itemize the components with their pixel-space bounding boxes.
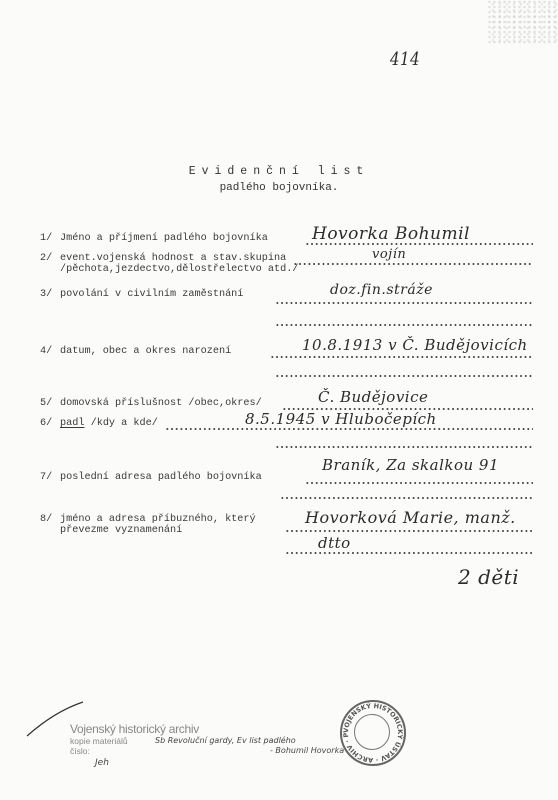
field-3-dotted-line xyxy=(275,302,533,304)
archive-name: Vojenský historický archiv xyxy=(70,722,199,736)
field-5-label: 5/domovská příslušnost /obec,okres/ xyxy=(40,398,262,409)
field-2-label: 2/event.vojenská hodnost a stav.skupina … xyxy=(40,253,298,275)
field-4-dotted-line xyxy=(270,356,533,358)
field-8-label: 8/jméno a adresa příbuzného, který převe… xyxy=(40,514,256,536)
field-8-value-2: dtto xyxy=(318,534,351,552)
signature: Jeh xyxy=(95,758,109,768)
archive-seal: VOJENSKÝ HISTORICKÝ ÚSTAV · ARCHIV · PO xyxy=(340,700,406,766)
field-8-value: Hovorková Marie, manž. xyxy=(305,508,516,527)
svg-text:VOJENSKÝ HISTORICKÝ ÚSTAV · AR: VOJENSKÝ HISTORICKÝ ÚSTAV · ARCHIV · PO xyxy=(340,700,405,764)
field-2-value: vojín xyxy=(372,247,406,262)
field-4-value: 10.8.1913 v Č. Budějovicích xyxy=(302,336,528,354)
field-5-value: Č. Budějovice xyxy=(318,388,428,406)
document-title: Evidenční list xyxy=(0,165,558,178)
field-1-label: 1/Jméno a příjmení padlého bojovníka xyxy=(40,233,268,244)
field-4-extra-line xyxy=(275,375,533,377)
number-label: číslo: xyxy=(70,746,199,756)
field-2-dotted-line xyxy=(293,263,533,265)
field-8-extra-line xyxy=(285,552,533,554)
field-1-value: Hovorka Bohumil xyxy=(312,224,470,244)
annotation-children: 2 děti xyxy=(458,565,519,589)
copy-value-2: - Bohumil Hovorka xyxy=(270,746,344,755)
field-3-extra-line xyxy=(275,324,533,326)
field-7-extra-line xyxy=(280,497,533,499)
copy-value: Sb Revoluční gardy, Ev list padlého xyxy=(155,736,296,745)
field-8-dotted-line xyxy=(285,530,533,532)
field-6-label: 6/padl /kdy a kde/ xyxy=(40,418,158,429)
field-6-value: 8.5.1945 v Hlubočepích xyxy=(245,410,437,428)
field-7-label: 7/poslední adresa padlého bojovníka xyxy=(40,472,262,483)
field-7-dotted-line xyxy=(305,482,533,484)
field-3-value: doz.fin.stráže xyxy=(330,282,433,298)
field-7-value: Braník, Za skalkou 91 xyxy=(322,456,499,474)
field-4-label: 4/datum, obec a okres narození xyxy=(40,346,231,357)
field-3-label: 3/povolání v civilním zaměstnání xyxy=(40,289,243,300)
document-subtitle: padlého bojovníka. xyxy=(0,182,558,194)
field-6-dotted-line xyxy=(165,428,533,430)
scan-noise xyxy=(488,0,558,45)
page-number: 414 xyxy=(390,48,420,70)
field-6-extra-line xyxy=(275,446,533,448)
seal-text-ring: VOJENSKÝ HISTORICKÝ ÚSTAV · ARCHIV · PO xyxy=(340,700,406,766)
